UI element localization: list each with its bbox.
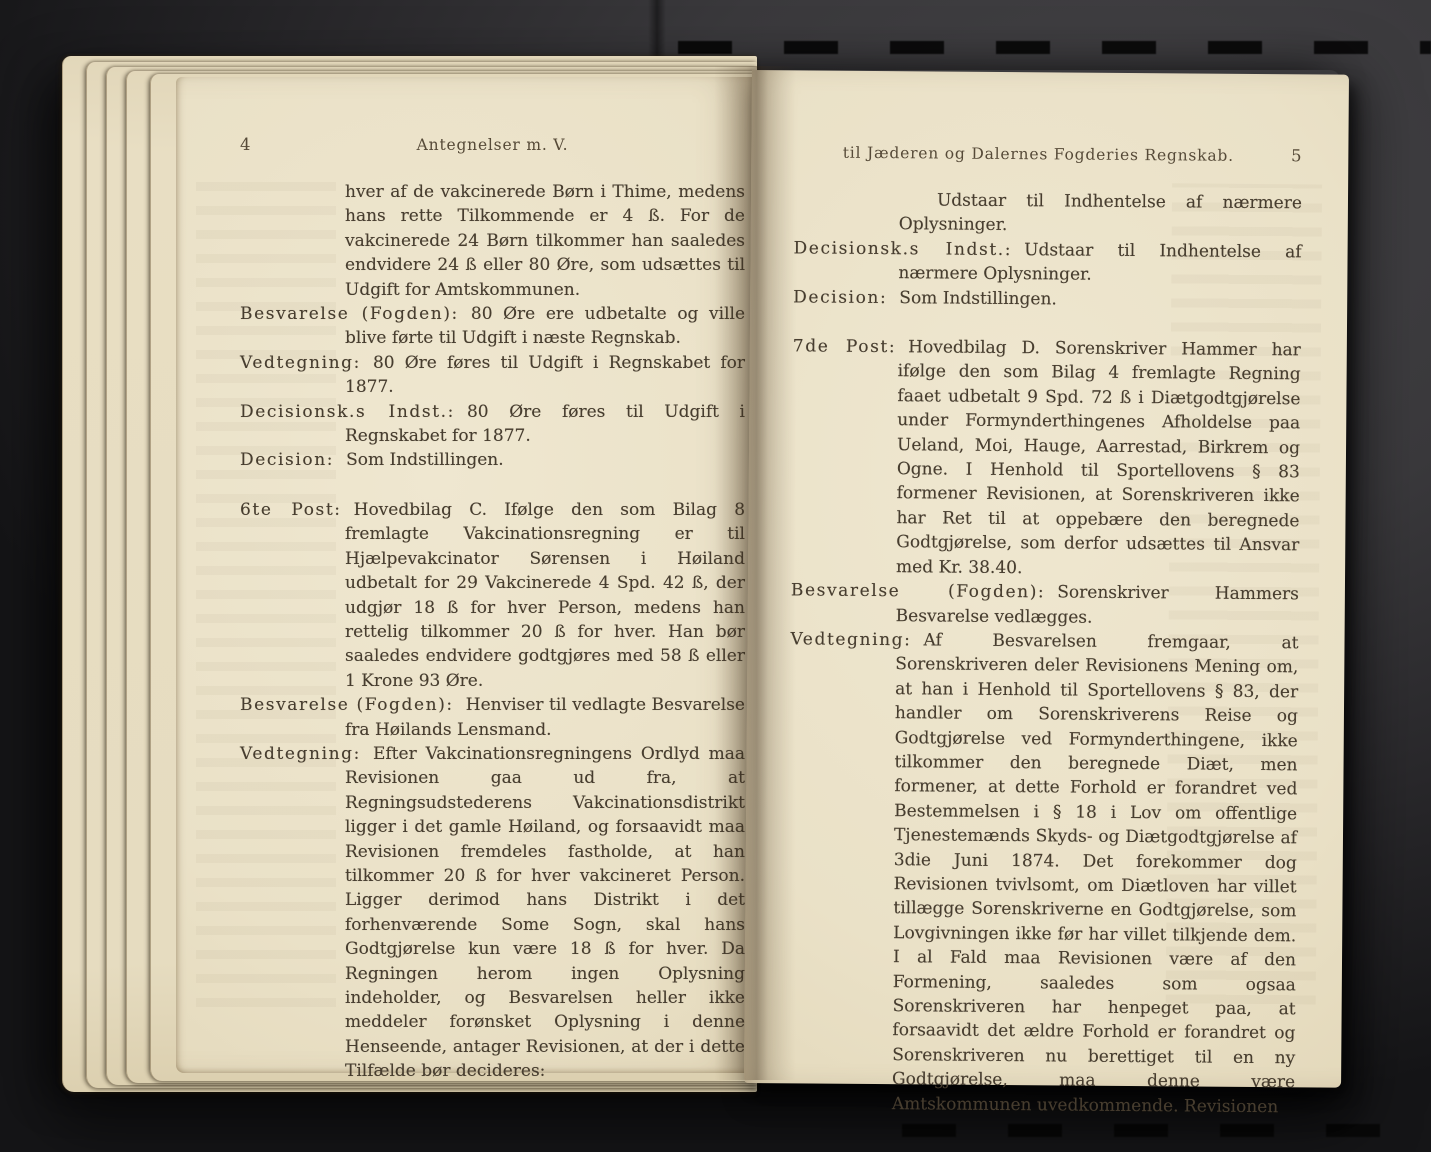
entry-text: Hovedbilag D. Sorenskriver Hammer har if… [896,337,1301,578]
entry-paragraph: Decisionsk.s Indst.:80 Øre føres til Udg… [240,400,745,449]
running-title: til Jæderen og Dalernes Fogderies Regnsk… [794,143,1254,165]
entry-label: Vedtegning: [240,353,361,373]
scan-scene: 4 Antegnelser m. V. hver af de vakcinere… [0,0,1431,1152]
entry-label: Decision: [793,287,887,308]
running-header: til Jæderen og Dalernes Fogderies Regnsk… [794,142,1302,165]
entry-label: Besvarelse (Fogden): [791,580,1046,602]
entry-paragraph: Besvarelse (Fogden):80 Øre ere udbetalte… [240,302,745,351]
open-book: 4 Antegnelser m. V. hver af de vakcinere… [0,0,1431,1152]
entry-label: 6te Post: [240,500,342,520]
entry-text: Som Indstillingen. [899,288,1057,309]
entry-text: Hovedbilag C. Ifølge den som Bilag 8 fre… [345,500,745,691]
entry-text: 80 Øre føres til Udgift i Regnskabet for… [345,353,745,397]
entry-label: Decisionsk.s Indst.: [240,402,455,422]
continuation-paragraph: hver af de vakcinerede Børn i Thime, med… [240,180,745,302]
entry-text: Som Indstillingen. [346,450,504,470]
entry-text: Af Besvarelsen fremgaar, at Sorenskriver… [892,630,1299,1117]
entry-paragraph: Besvarelse (Fogden):Sorenskriver Hammers… [791,578,1299,631]
right-page: til Jæderen og Dalernes Fogderies Regnsk… [744,70,1349,1088]
entry-label: Vedtegning: [790,629,911,650]
entry-label: 7de Post: [793,336,897,357]
entry-paragraph: Vedtegning:Af Besvarelsen fremgaar, at S… [787,627,1299,1119]
page-body: Udstaar til Indhentelse af nærmere Oplys… [787,187,1302,1119]
entry-label: Besvarelse (Fogden): [240,304,459,324]
entry-paragraph: 6te Post:Hovedbilag C. Ifølge den som Bi… [240,498,745,693]
running-header: 4 Antegnelser m. V. [240,135,745,154]
page-number: 5 [1254,146,1302,165]
entry-text: Efter Vakcinationsregningens Ordlyd maa … [345,744,745,1081]
entry-label: Besvarelse (Fogden): [240,695,454,715]
entry-paragraph: Vedtegning:Efter Vakcinationsregningens … [240,742,745,1084]
entry-label: Decision: [240,450,334,470]
left-page: 4 Antegnelser m. V. hver af de vakcinere… [176,77,752,1073]
continuation-paragraph: Udstaar til Indhentelse af nærmere Oplys… [794,187,1302,240]
entry-label: Vedtegning: [240,744,361,764]
entry-paragraph: Decision:Som Indstillingen. [240,448,745,472]
entry-paragraph: 7de Post:Hovedbilag D. Sorenskriver Hamm… [791,334,1301,582]
entry-label: Decisionsk.s Indst.: [794,238,1013,260]
entry-paragraph: Besvarelse (Fogden):Henviser til vedlagt… [240,693,745,742]
page-number: 4 [240,135,288,154]
entry-paragraph: Decisionsk.s Indst.:Udstaar til Indhente… [793,236,1301,289]
entry-paragraph: Vedtegning:80 Øre føres til Udgift i Reg… [240,351,745,400]
entry-paragraph: Decision:Som Indstillingen. [793,285,1301,313]
running-title: Antegnelser m. V. [288,136,697,154]
page-body: hver af de vakcinerede Børn i Thime, med… [240,180,745,1084]
